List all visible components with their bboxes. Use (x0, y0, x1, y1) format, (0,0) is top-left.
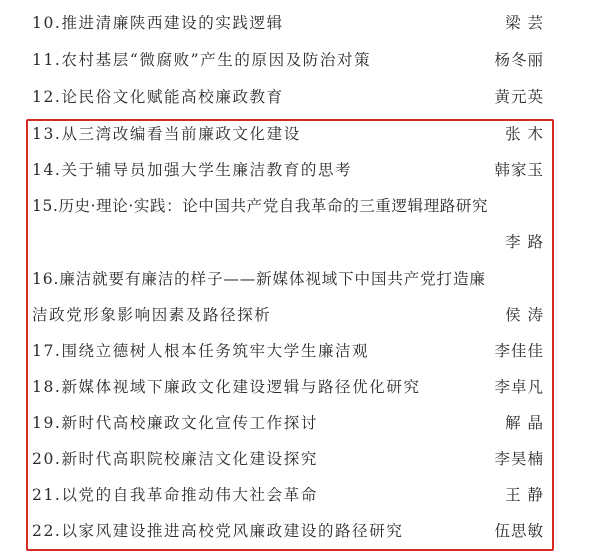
list-item: 19.新时代高校廉政文化宣传工作探讨 解 晶 (32, 411, 544, 435)
article-title: 18.新媒体视域下廉政文化建设逻辑与路径优化研究 (32, 375, 421, 399)
article-author: 李昊楠 (494, 447, 544, 471)
list-item: 20.新时代高职院校廉洁文化建设探究 李昊楠 (32, 447, 544, 471)
article-author: 梁 芸 (505, 11, 544, 35)
list-item: 13.从三湾改编看当前廉政文化建设 张 木 (32, 122, 544, 146)
article-author: 李卓凡 (494, 375, 544, 399)
list-item: 14.关于辅导员加强大学生廉洁教育的思考 韩家玉 (32, 158, 544, 182)
list-item: 12.论民俗文化赋能高校廉政教育 黄元英 (32, 85, 544, 109)
article-author: 张 木 (505, 122, 544, 146)
article-author: 李佳佳 (494, 339, 544, 363)
list-item: 15.历史·理论·实践：论中国共产党自我革命的三重逻辑理路研究 (32, 194, 544, 218)
list-item: 22.以家风建设推进高校党风廉政建设的路径研究 伍思敏 (32, 519, 544, 543)
article-title: 20.新时代高职院校廉洁文化建设探究 (32, 447, 318, 471)
article-title: 22.以家风建设推进高校党风廉政建设的路径研究 (32, 519, 403, 543)
article-title: 19.新时代高校廉政文化宣传工作探讨 (32, 411, 318, 435)
article-author: 伍思敏 (494, 519, 544, 543)
article-title: 12.论民俗文化赋能高校廉政教育 (32, 85, 284, 109)
list-item: 17.围绕立德树人根本任务筑牢大学生廉洁观 李佳佳 (32, 339, 544, 363)
article-author: 杨冬丽 (494, 48, 544, 72)
article-author: 李 路 (505, 230, 544, 254)
article-author: 韩家玉 (494, 158, 544, 182)
article-author: 黄元英 (494, 85, 544, 109)
list-item: 16.廉洁就要有廉洁的样子——新媒体视域下中国共产党打造廉 (32, 267, 544, 291)
list-item-continuation: 李 路 (32, 230, 544, 254)
article-title: 17.围绕立德树人根本任务筑牢大学生廉洁观 (32, 339, 369, 363)
list-item-continuation: 洁政党形象影响因素及路径探析 侯 涛 (32, 303, 544, 327)
article-author: 解 晶 (505, 411, 544, 435)
article-title: 10.推进清廉陕西建设的实践逻辑 (32, 11, 284, 35)
article-title: 14.关于辅导员加强大学生廉洁教育的思考 (32, 158, 352, 182)
article-title-line2: 洁政党形象影响因素及路径探析 (32, 303, 271, 327)
article-title: 16.廉洁就要有廉洁的样子——新媒体视域下中国共产党打造廉 (32, 267, 486, 291)
article-title: 21.以党的自我革命推动伟大社会革命 (32, 483, 318, 507)
list-item: 10.推进清廉陕西建设的实践逻辑 梁 芸 (32, 11, 544, 35)
article-title: 11.农村基层“微腐败”产生的原因及防治对策 (32, 48, 371, 72)
article-author: 侯 涛 (505, 303, 544, 327)
article-title: 13.从三湾改编看当前廉政文化建设 (32, 122, 301, 146)
article-title: 15.历史·理论·实践：论中国共产党自我革命的三重逻辑理路研究 (32, 194, 488, 218)
list-item: 18.新媒体视域下廉政文化建设逻辑与路径优化研究 李卓凡 (32, 375, 544, 399)
article-author: 王 静 (505, 483, 544, 507)
list-item: 21.以党的自我革命推动伟大社会革命 王 静 (32, 483, 544, 507)
list-item: 11.农村基层“微腐败”产生的原因及防治对策 杨冬丽 (32, 48, 544, 72)
